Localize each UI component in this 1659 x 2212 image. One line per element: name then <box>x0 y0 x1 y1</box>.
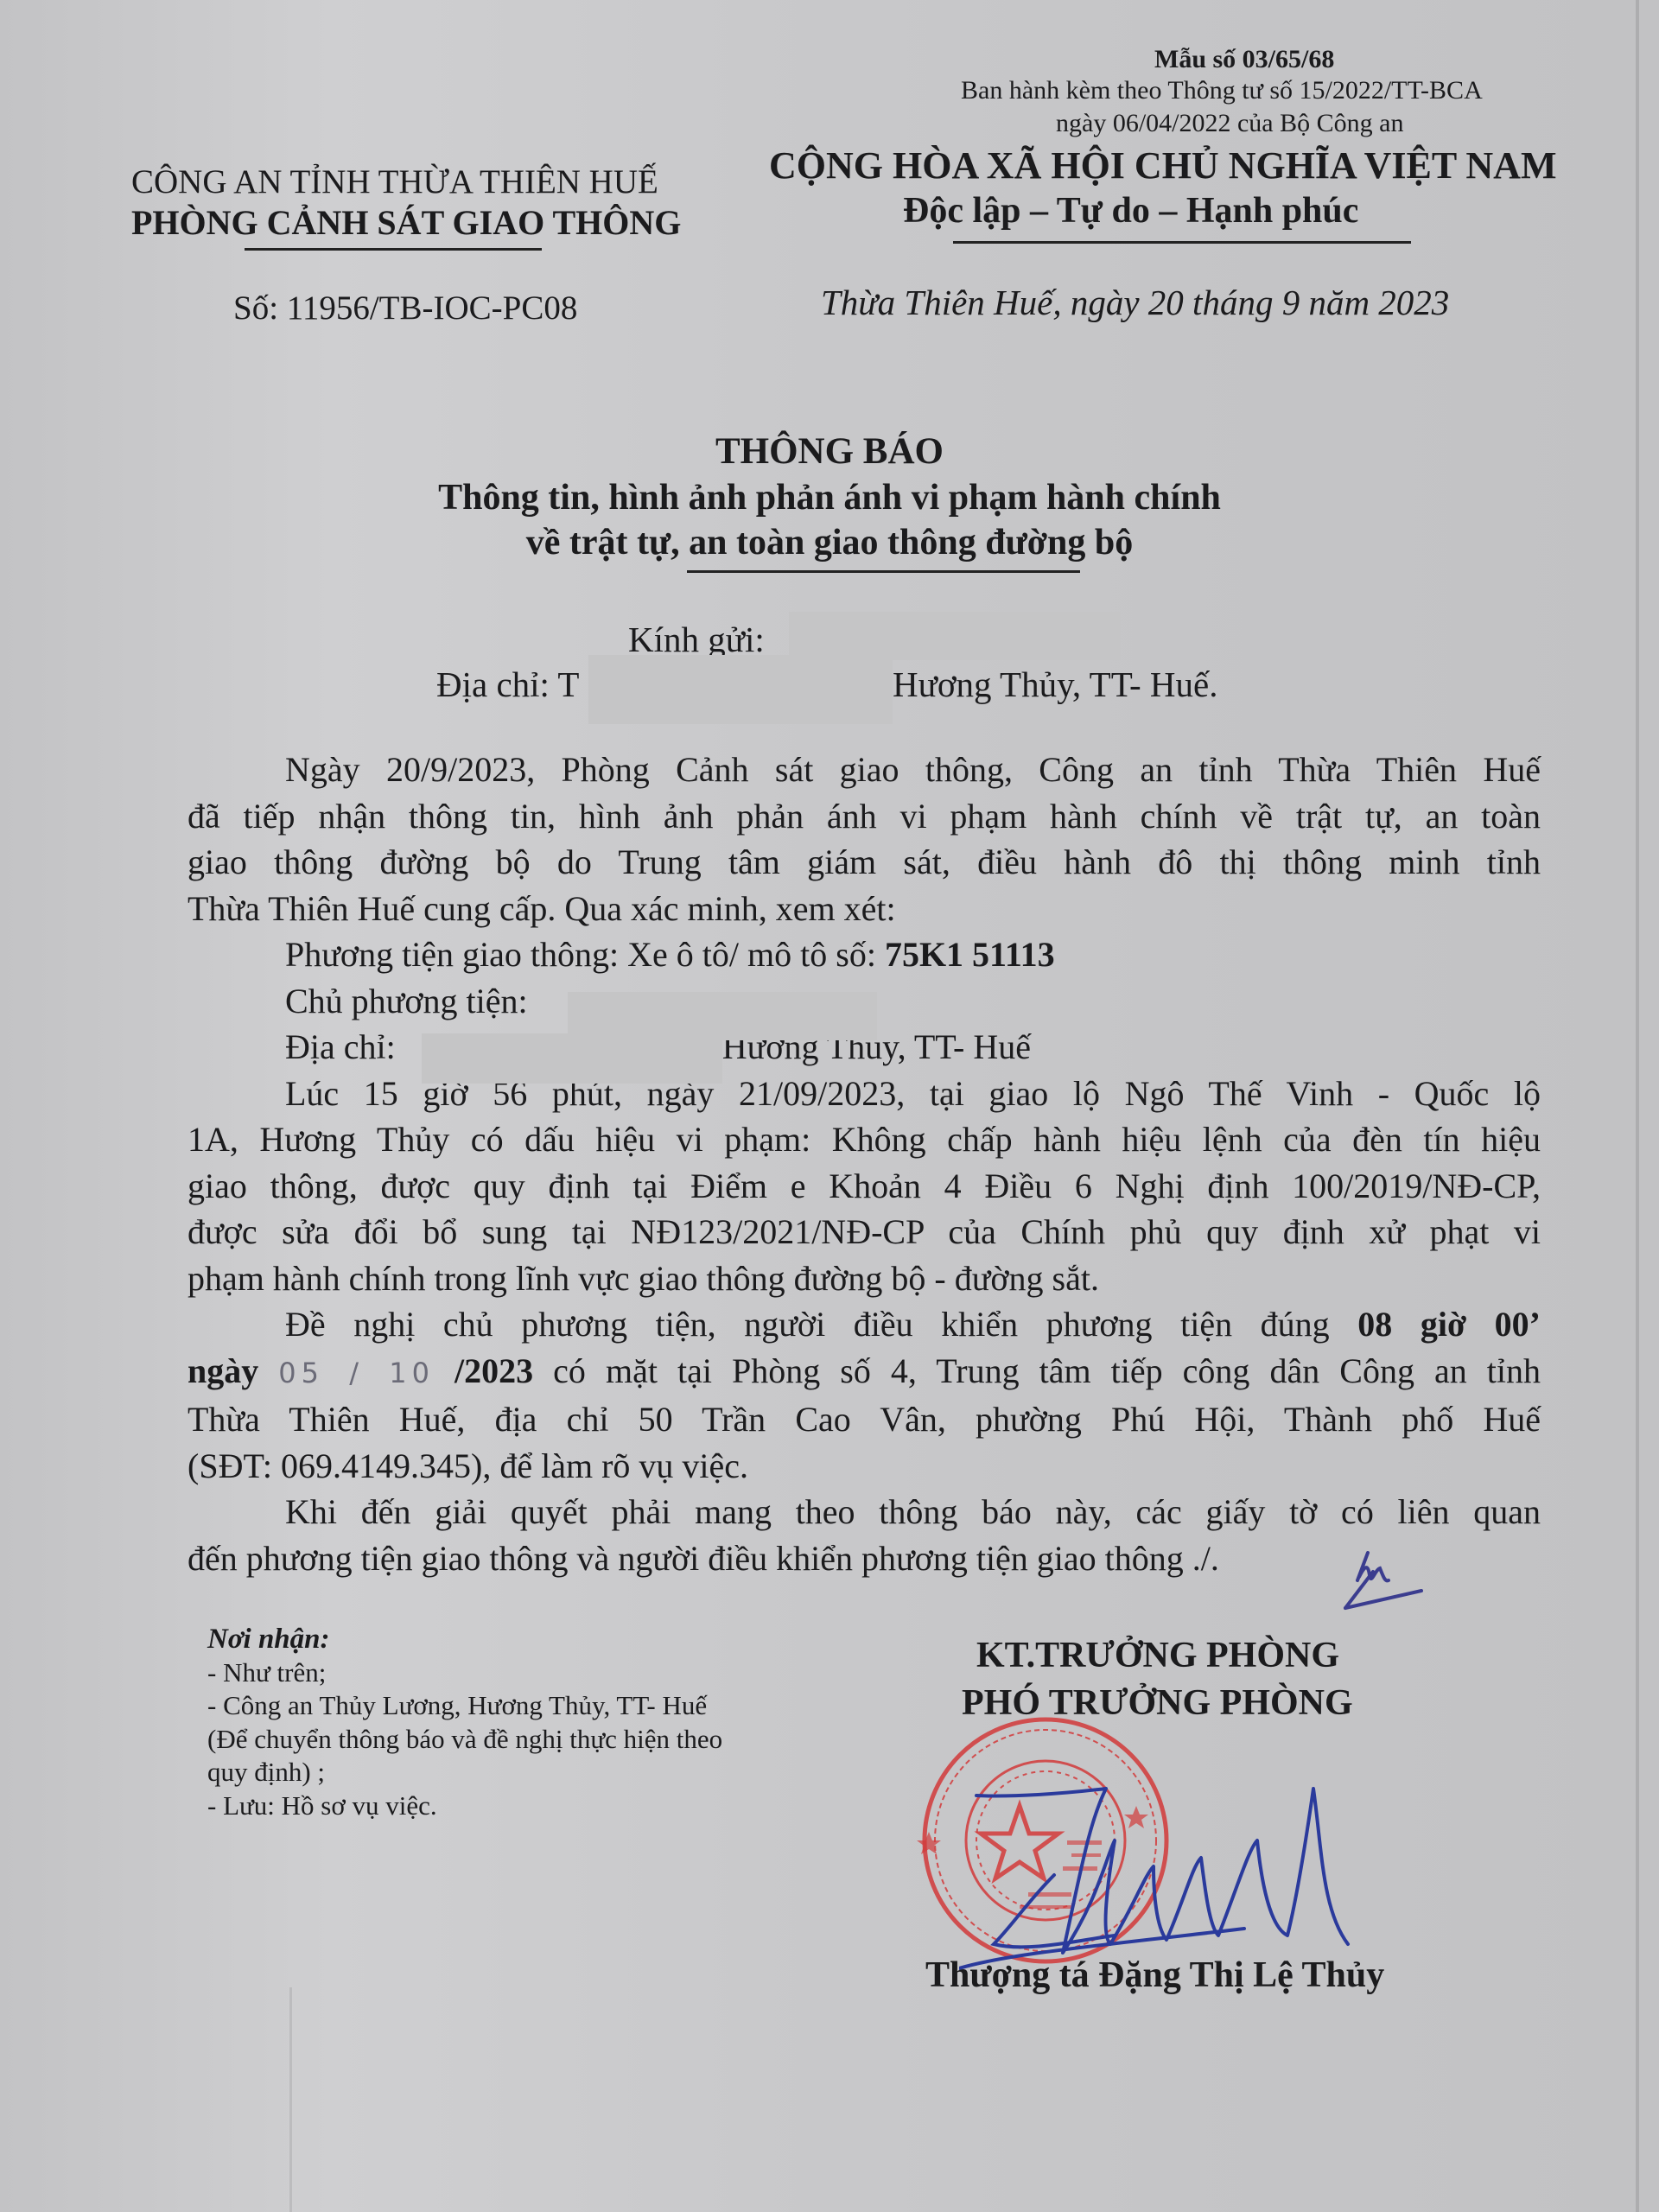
paper-edge <box>1636 0 1639 2212</box>
paragraph-3-line: Thừa Thiên Huế, địa chỉ 50 Trần Cao Vân,… <box>188 1396 1541 1443</box>
appointment-text: Đề nghị chủ phương tiện, người điều khiể… <box>285 1305 1357 1344</box>
vehicle-line: Phương tiện giao thông: Xe ô tô/ mô tô s… <box>188 931 1541 978</box>
appointment-time: 08 giờ 00’ <box>1357 1305 1541 1344</box>
document-subtitle-2: về trật tự, an toàn giao thông đường bộ <box>0 522 1659 563</box>
paragraph-2-line: giao thông, được quy định tại Điểm e Kho… <box>188 1163 1541 1210</box>
recipients-item: quy định) ; <box>207 1756 829 1789</box>
agency-underline <box>245 248 542 251</box>
paragraph-1-line: Ngày 20/9/2023, Phòng Cảnh sát giao thôn… <box>188 747 1541 793</box>
redacted-recipient-address <box>588 655 893 724</box>
appointment-year: /2023 <box>435 1351 533 1390</box>
recipients-item: (Để chuyển thông báo và đề nghị thực hiệ… <box>207 1723 829 1757</box>
national-motto: Độc lập – Tự do – Hạnh phúc <box>903 190 1358 232</box>
recipients-item: - Lưu: Hồ sơ vụ việc. <box>207 1789 829 1823</box>
handwritten-signature-icon <box>959 1771 1426 1979</box>
form-issued-with: Ban hành kèm theo Thông tư số 15/2022/TT… <box>961 76 1483 105</box>
recipient-address-label: Địa chỉ: T <box>436 664 579 705</box>
vehicle-label: Phương tiện giao thông: Xe ô tô/ mô tô s… <box>285 935 885 974</box>
paragraph-2-line: 1A, Hương Thủy có dấu hiệu vi phạm: Khôn… <box>188 1116 1541 1163</box>
paragraph-1-line: đã tiếp nhận thông tin, hình ảnh phản án… <box>188 793 1541 840</box>
subtitle-underline <box>687 570 1080 573</box>
paragraph-2-line: phạm hành chính trong lĩnh vực giao thôn… <box>188 1255 1541 1302</box>
paragraph-2-line: Lúc 15 giờ 56 phút, ngày 21/09/2023, tại… <box>188 1071 1541 1117</box>
redacted-owner-address <box>422 1033 722 1084</box>
form-issued-date: ngày 06/04/2022 của Bộ Công an <box>1056 109 1403 138</box>
initial-mark-icon <box>1342 1551 1437 1611</box>
document-number: Số: 11956/TB-IOC-PC08 <box>233 289 577 327</box>
national-title: CỘNG HÒA XÃ HỘI CHỦ NGHĨA VIỆT NAM <box>769 143 1556 188</box>
recipients-item: - Công an Thủy Lương, Hương Thủy, TT- Hu… <box>207 1689 829 1723</box>
motto-underline <box>953 241 1411 244</box>
signer-name: Thượng tá Đặng Thị Lệ Thủy <box>925 1955 1384 1996</box>
paragraph-3-line: (SĐT: 069.4149.345), để làm rõ vụ việc. <box>188 1443 1541 1490</box>
redacted-recipient <box>789 612 1121 660</box>
paragraph-3-line: Đề nghị chủ phương tiện, người điều khiể… <box>188 1301 1541 1348</box>
document-title: THÔNG BÁO <box>0 430 1659 473</box>
paragraph-4-line: Khi đến giải quyết phải mang theo thông … <box>188 1489 1541 1535</box>
recipients-label: Nơi nhận: <box>207 1623 829 1656</box>
signer-authority: KT.TRƯỞNG PHÒNG <box>976 1635 1339 1676</box>
appointment-location: có mặt tại Phòng số 4, Trung tâm tiếp cô… <box>533 1351 1541 1390</box>
signer-title: PHÓ TRƯỞNG PHÒNG <box>962 1682 1353 1724</box>
owner-address-label: Địa chỉ: <box>285 1027 404 1066</box>
paragraph-4-line: đến phương tiện giao thông và người điều… <box>188 1535 1541 1582</box>
paragraph-2-line: được sửa đổi bổ sung tại NĐ123/2021/NĐ-C… <box>188 1209 1541 1255</box>
paragraph-3-line: ngày 05 / 10 /2023 có mặt tại Phòng số 4… <box>188 1348 1541 1397</box>
recipients-item: - Như trên; <box>207 1656 829 1690</box>
vehicle-plate: 75K1 51113 <box>885 935 1055 974</box>
owner-label: Chủ phương tiện: <box>285 982 528 1020</box>
agency-parent: CÔNG AN TỈNH THỪA THIÊN HUẾ <box>131 162 658 201</box>
paper-fold <box>289 1987 292 2212</box>
recipients-list: Nơi nhận: - Như trên; - Công an Thủy Lươ… <box>207 1623 829 1822</box>
paragraph-1-line: giao thông đường bộ do Trung tâm giám sá… <box>188 839 1541 886</box>
paragraph-1-line: Thừa Thiên Huế cung cấp. Qua xác minh, x… <box>188 886 1541 932</box>
recipient-address-tail: Hương Thủy, TT- Huế. <box>893 664 1217 705</box>
form-number: Mẫu số 03/65/68 <box>1154 45 1334 74</box>
place-and-date: Thừa Thiên Huế, ngày 20 tháng 9 năm 2023 <box>821 282 1449 323</box>
handwritten-date: 05 / 10 <box>278 1357 435 1389</box>
agency-name: PHÒNG CẢNH SÁT GIAO THÔNG <box>131 202 681 243</box>
recipient-label: Kính gửi: <box>628 619 765 660</box>
body-text: Ngày 20/9/2023, Phòng Cảnh sát giao thôn… <box>188 747 1541 1581</box>
appointment-day-label: ngày <box>188 1351 278 1390</box>
document-subtitle-1: Thông tin, hình ảnh phản ánh vi phạm hàn… <box>0 477 1659 518</box>
